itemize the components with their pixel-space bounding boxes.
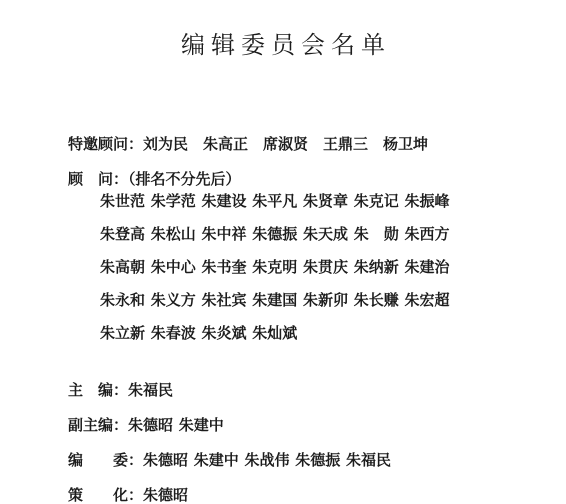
special-advisors-names: 刘为民 朱高正 席淑贤 王鼎三 杨卫坤 [143, 137, 428, 153]
advisors-label: 顾 问： [68, 172, 128, 188]
row-special-advisors: 特邀顾问：刘为民 朱高正 席淑贤 王鼎三 杨卫坤 [0, 115, 566, 135]
chief-editor-names: 朱福民 [128, 383, 173, 399]
special-advisors-label: 特邀顾问： [68, 137, 143, 153]
editorial-board-label: 编 委： [68, 453, 143, 469]
advisor-name-row: 朱立新 朱春波 朱炎斌 朱灿斌 [0, 324, 566, 344]
chief-editor-label: 主 编： [68, 383, 128, 399]
deputy-editors-label: 副主编： [68, 418, 128, 434]
document-page: 编辑委员会名单 特邀顾问：刘为民 朱高正 席淑贤 王鼎三 杨卫坤 顾 问：（排名… [0, 0, 566, 504]
deputy-editors-names: 朱德昭 朱建中 [128, 418, 224, 434]
page-title: 编辑委员会名单 [0, 30, 566, 62]
row-chief-editor: 主 编：朱福民 [0, 361, 566, 381]
planner-label: 策 化： [68, 488, 143, 504]
advisor-name-row: 朱世范 朱学范 朱建设 朱平凡 朱贤章 朱克记 朱振峰 [0, 192, 566, 212]
editorial-board-names: 朱德昭 朱建中 朱战伟 朱德振 朱福民 [143, 453, 391, 469]
advisor-name-row: 朱登高 朱松山 朱中祥 朱德振 朱天成 朱 勋 朱西方 [0, 225, 566, 245]
advisor-name-row: 朱高朝 朱中心 朱书奎 朱克明 朱贯庆 朱纳新 朱建治 [0, 258, 566, 278]
advisor-name-row: 朱永和 朱义方 朱社宾 朱建国 朱新卯 朱长赚 朱宏超 [0, 291, 566, 311]
planner-names: 朱德昭 [143, 488, 188, 504]
advisors-note: （排名不分先后） [128, 172, 241, 188]
